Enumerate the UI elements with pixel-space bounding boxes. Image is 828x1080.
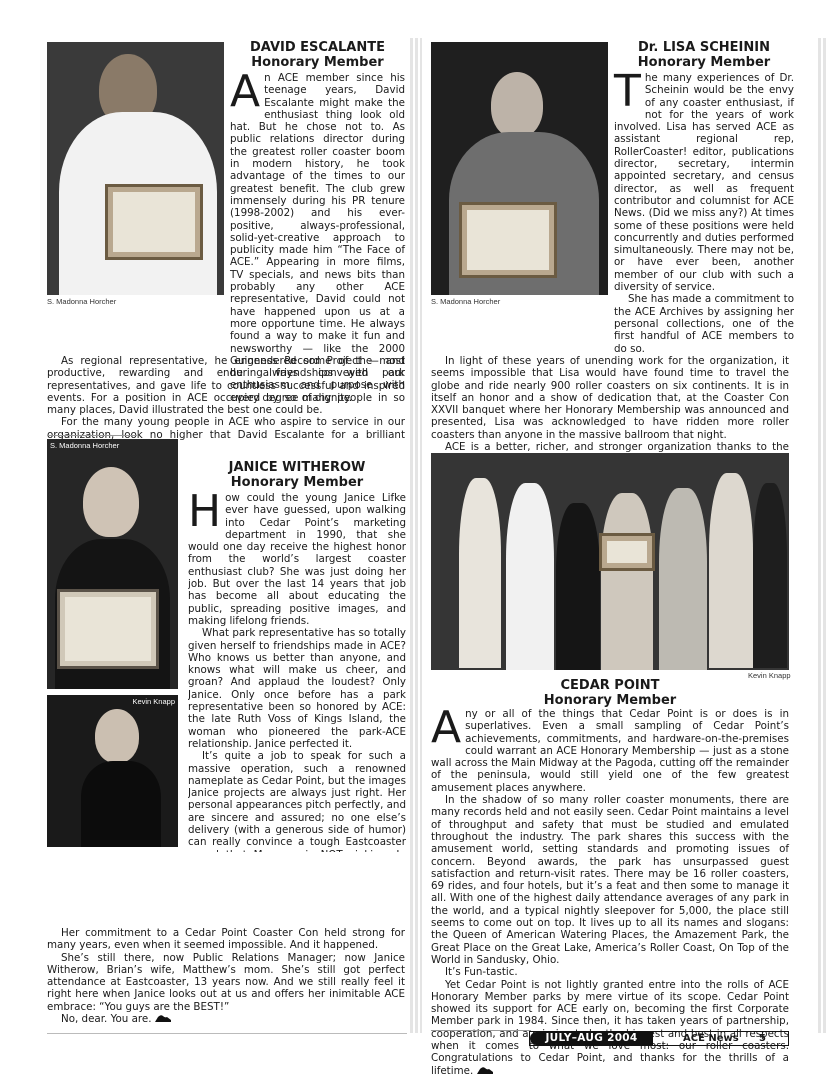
scheinin-body: The many experiences of Dr. Scheinin wou…	[614, 72, 794, 355]
scheinin-name: Dr. LISA SCHEININ	[614, 40, 794, 55]
witherow-body: How could the young Janice Lifke ever ha…	[188, 492, 406, 852]
witherow-photo-speaking: Kevin Knapp	[47, 695, 178, 847]
witherow-subtitle: Honorary Member	[188, 475, 406, 490]
escalante-photo-credit: S. Madonna Horcher	[47, 297, 116, 306]
scheinin-article: Dr. LISA SCHEININ Honorary Member	[614, 40, 794, 70]
page-number: 5	[759, 1032, 766, 1045]
cedar-point-group-photo	[431, 453, 789, 670]
escalante-name: DAVID ESCALANTE	[230, 40, 405, 55]
page-edge-divider	[818, 38, 828, 1033]
escalante-photo	[47, 42, 224, 295]
cedar-point-name: CEDAR POINT	[431, 678, 789, 693]
scheinin-photo	[431, 42, 608, 295]
witherow-article: JANICE WITHEROW Honorary Member	[188, 460, 406, 490]
witherow-name: JANICE WITHEROW	[188, 460, 406, 475]
escalante-drop-cap: A	[230, 74, 260, 110]
witherow-photo-award: S. Madonna Horcher	[47, 439, 178, 689]
witherow-drop-cap: H	[188, 494, 221, 530]
scheinin-subtitle: Honorary Member	[614, 55, 794, 70]
coaster-end-mark-icon	[155, 1014, 171, 1022]
cedar-point-drop-cap: A	[431, 710, 461, 746]
cedar-point-article: CEDAR POINT Honorary Member	[431, 678, 789, 708]
issue-date: JULY–AUG 2004	[530, 1032, 653, 1045]
column-divider	[410, 38, 422, 1033]
witherow-photo-credit-top: S. Madonna Horcher	[50, 441, 119, 450]
section-divider	[47, 435, 137, 436]
scheinin-drop-cap: T	[614, 74, 641, 110]
scheinin-photo-credit: S. Madonna Horcher	[431, 297, 500, 306]
witherow-body-wide: Her commitment to a Cedar Point Coaster …	[47, 927, 405, 1025]
section-divider	[47, 1033, 407, 1034]
cedar-point-subtitle: Honorary Member	[431, 693, 789, 708]
cedar-point-body: Any or all of the things that Cedar Poin…	[431, 708, 789, 1077]
publication-name: ACE News	[683, 1032, 739, 1045]
coaster-end-mark-icon	[477, 1066, 493, 1074]
page-footer: JULY–AUG 2004 ACE News 5	[529, 1031, 789, 1046]
section-divider	[431, 1030, 531, 1031]
witherow-photo-credit-bottom: Kevin Knapp	[132, 697, 175, 706]
